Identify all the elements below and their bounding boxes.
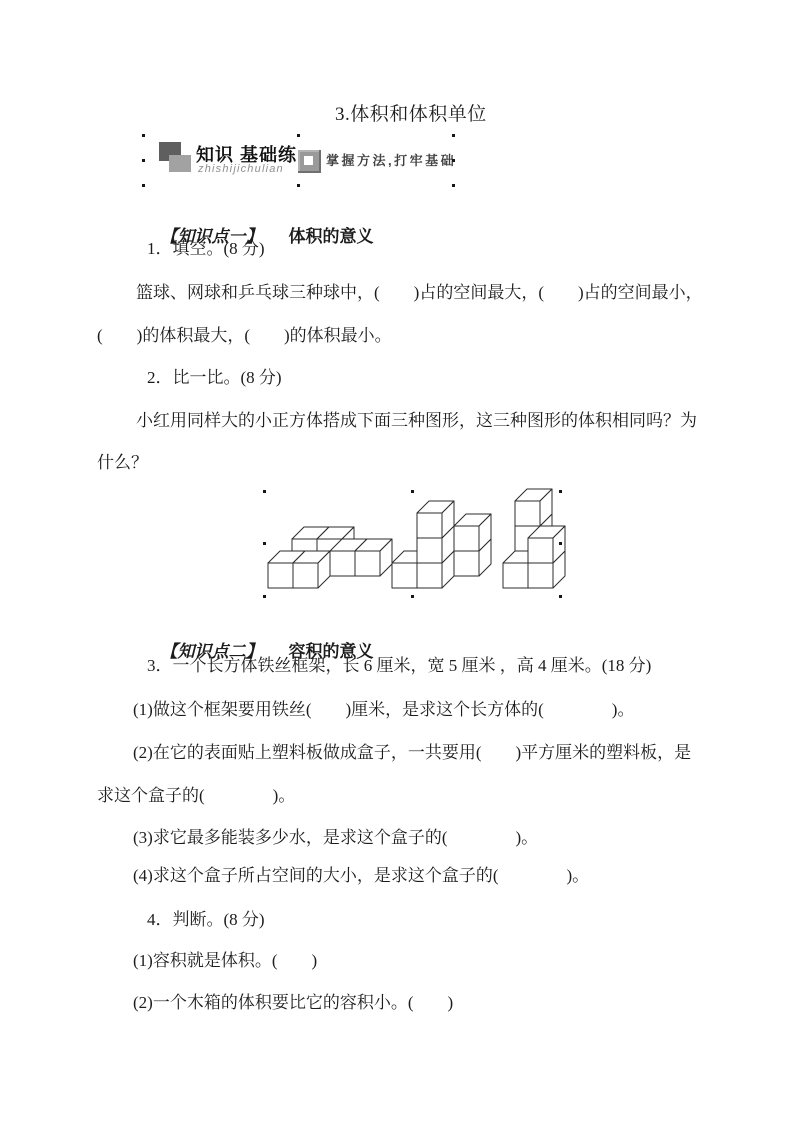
selection-handle: [142, 184, 145, 187]
selection-handle: [142, 159, 145, 162]
q2-text-line1: 小红用同样大的小正方体搭成下面三种图形，这三种图形的体积相同吗？为: [136, 411, 697, 430]
selection-handle: [263, 595, 266, 598]
q3-header: 3．一个长方体铁丝框架，长 6 厘米，宽 5 厘米 ，高 4 厘米。(18 分): [147, 656, 651, 675]
selection-handle: [263, 490, 266, 493]
selection-handle: [452, 184, 455, 187]
banner-brand-pinyin: zhishijichulian: [198, 163, 284, 175]
selection-handle: [452, 134, 455, 137]
frame-square-icon: [298, 150, 321, 173]
q3-item2-line2: 求这个盒子的( )。: [97, 786, 295, 805]
logo-light-square-icon: [169, 155, 191, 172]
cube-figure-1: [267, 526, 393, 589]
selection-handle: [559, 595, 562, 598]
selection-handle: [297, 184, 300, 187]
q3-item3: (3)求它最多能装多少水，是求这个盒子的( )。: [133, 828, 538, 847]
selection-handle: [559, 542, 562, 545]
page-title: 3.体积和体积单位: [335, 99, 487, 126]
q4-item2: (2)一个木箱的体积要比它的容积小。( ): [133, 993, 453, 1012]
selection-handle: [411, 490, 414, 493]
q2-header: 2．比一比。(8 分): [147, 368, 282, 387]
selection-handle: [452, 159, 455, 162]
q3-item4: (4)求这个盒子所占空间的大小，是求这个盒子的( )。: [133, 866, 589, 885]
selection-handle: [411, 595, 414, 598]
section-1-title: 体积的意义: [289, 227, 374, 246]
q1-text-line1: 篮球、网球和乒乓球三种球中，( )占的空间最大，( )占的空间最小，: [136, 283, 703, 302]
q2-text-line2: 什么？: [97, 453, 148, 472]
selection-handle: [142, 134, 145, 137]
cube-figure-2: [391, 500, 492, 589]
selection-handle: [559, 490, 562, 493]
q4-item1: (1)容积就是体积。( ): [133, 951, 317, 970]
q1-text-line2: ( )的体积最大，( )的体积最小。: [97, 326, 392, 345]
selection-handle: [263, 542, 266, 545]
worksheet-page: { "document": { "title": "3.体积和体积单位", "b…: [0, 0, 793, 1122]
cube-figure-3: [502, 488, 566, 589]
q1-header: 1．填空。(8 分): [147, 239, 265, 258]
q3-item2-line1: (2)在它的表面贴上塑料板做成盒子，一共要用( )平方厘米的塑料板，是: [133, 743, 691, 762]
selection-handle: [297, 134, 300, 137]
q3-item1: (1)做这个框架要用铁丝( )厘米，是求这个长方体的( )。: [133, 700, 634, 719]
banner-tagline: 掌握方法,打牢基础: [326, 150, 456, 169]
q4-header: 4．判断。(8 分): [147, 910, 265, 929]
